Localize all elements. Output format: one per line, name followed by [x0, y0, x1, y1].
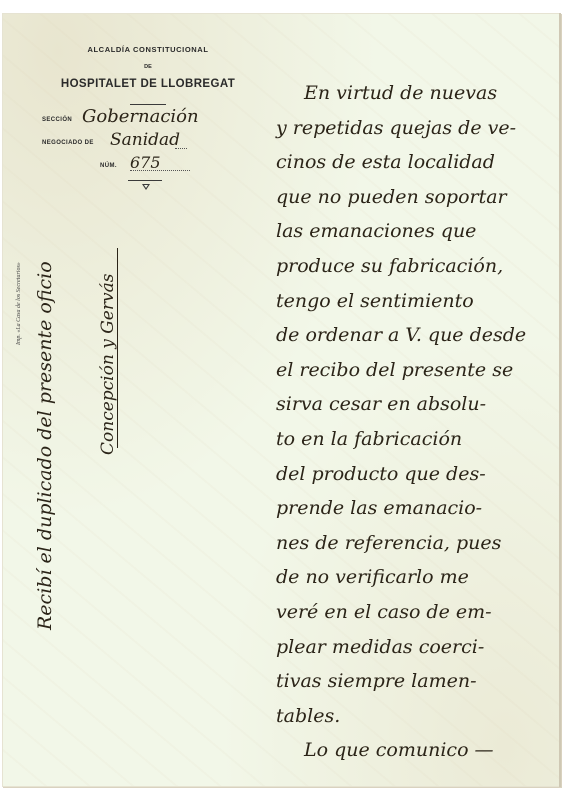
body-line: y repetidas quejas de ve- — [276, 111, 556, 146]
body-line: veré en el caso de em- — [276, 595, 556, 630]
body-line: de no verificarlo me — [276, 560, 556, 595]
seccion-label: SECCIÓN — [42, 117, 72, 123]
body-line: plear medidas coerci- — [276, 630, 556, 665]
body-line: prende las emanacio- — [276, 491, 556, 526]
body-line: Lo que comunico — — [276, 733, 556, 768]
letterhead-title: ALCALDÍA CONSTITUCIONAL — [48, 45, 248, 54]
triangle-mark-icon — [142, 184, 150, 190]
letterhead-divider — [130, 104, 166, 105]
body-line: tables. — [276, 699, 556, 734]
body-line: el recibo del presente se — [276, 353, 556, 388]
seccion-value: Gobernación — [82, 106, 199, 127]
body-line: produce su fabricación, — [276, 249, 556, 284]
body-line: to en la fabricación — [276, 422, 556, 457]
body-line: En virtud de nuevas — [276, 76, 556, 111]
page-edge — [559, 13, 561, 787]
body-line: de ordenar a V. que desde — [276, 318, 556, 353]
fields-divider — [128, 180, 162, 181]
negociado-dotted-line — [175, 148, 187, 149]
letter-body: En virtud de nuevas y repetidas quejas d… — [276, 76, 556, 768]
body-line: las emanaciones que — [276, 214, 556, 249]
receipt-note: Recibí el duplicado del presente oficio — [34, 261, 56, 630]
num-label: NÚM. — [100, 163, 117, 169]
negociado-label: NEGOCIADO DE — [42, 140, 94, 146]
printer-imprint: Imp. «La Casa de los Secretarios» — [16, 262, 22, 345]
num-dotted-line — [130, 170, 190, 171]
negociado-value: Sanidad — [110, 130, 180, 150]
body-line: cinos de esta localidad — [276, 145, 556, 180]
body-line: tivas siempre lamen- — [276, 664, 556, 699]
recipient-signature: Concepción y Gervás — [98, 274, 118, 455]
body-line: sirva cesar en absolu- — [276, 387, 556, 422]
body-line: nes de referencia, pues — [276, 526, 556, 561]
signature-underline — [117, 248, 118, 448]
letterhead-municipality: HOSPITALET DE LLOBREGAT — [48, 78, 248, 90]
body-line: que no pueden soportar — [276, 180, 556, 215]
letterhead-de: DE — [48, 64, 248, 70]
body-line: del producto que des- — [276, 457, 556, 492]
body-line: tengo el sentimiento — [276, 284, 556, 319]
